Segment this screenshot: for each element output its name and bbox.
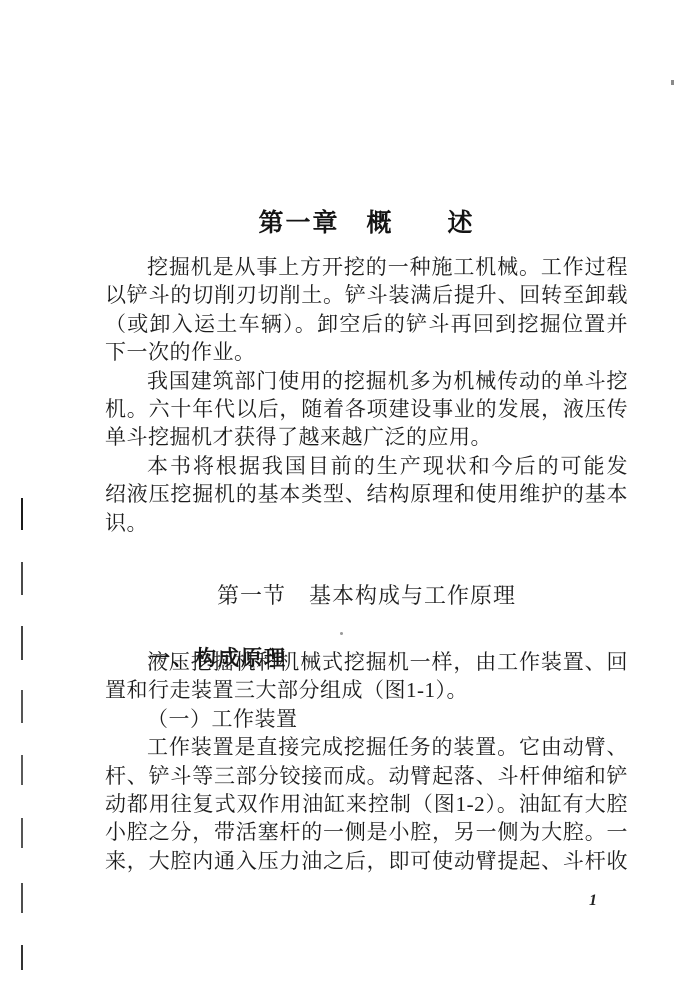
text-line: 小腔之分，带活塞杆的一侧是小腔，另一侧为大腔。一般说: [105, 818, 628, 846]
text-line: 单斗挖掘机才获得了越来越广泛的应用。: [105, 423, 628, 451]
chapter-title: 第一章 概 述: [105, 203, 628, 239]
scanned-book-page: 第一章 概 述 挖掘机是从事上方开挖的一种施工机械。工作过程中， 以铲斗的切削刃…: [0, 0, 700, 991]
text-line: 液压挖掘机和机械式挖掘机一样，由工作装置、回转装: [105, 648, 628, 676]
text-line: 挖掘机是从事上方开挖的一种施工机械。工作过程中，: [105, 253, 628, 281]
margin-mark: [21, 562, 23, 595]
text-line: 动都用往复式双作用油缸来控制（图1-2）。油缸有大腔与: [105, 790, 628, 818]
text-line: 我国建筑部门使用的挖掘机多为机械传动的单斗挖掘: [105, 367, 628, 395]
margin-mark: [21, 818, 23, 848]
margin-mark: [21, 755, 23, 785]
text-line: 置和行走装置三大部分组成（图1-1）。: [105, 676, 628, 704]
text-line: （或卸入运土车辆）。卸空后的铲斗再回到挖掘位置并开始: [105, 310, 628, 338]
margin-mark: [21, 945, 23, 970]
text-line: 以铲斗的切削刃切削土。铲斗装满后提升、回转至卸载地点: [105, 281, 628, 309]
text-line: 工作装置是直接完成挖掘任务的装置。它由动臂、斗: [105, 733, 628, 761]
text-line: 下一次的作业。: [105, 338, 628, 366]
text-line: 识。: [105, 509, 628, 537]
text-line: 来，大腔内通入压力油之后，即可使动臂提起、斗杆收缩、: [105, 847, 628, 875]
page-number: 1: [589, 892, 597, 910]
margin-mark: [21, 883, 23, 913]
text-line: （一）工作装置: [105, 705, 628, 733]
body-text-block-1: 挖掘机是从事上方开挖的一种施工机械。工作过程中， 以铲斗的切削刃切削土。铲斗装满…: [105, 253, 628, 537]
text-line: 杆、铲斗等三部分铰接而成。动臂起落、斗杆伸缩和铲斗转: [105, 762, 628, 790]
body-text-block-2: 液压挖掘机和机械式挖掘机一样，由工作装置、回转装 置和行走装置三大部分组成（图1…: [105, 648, 628, 875]
scan-speck: [340, 632, 343, 635]
margin-mark: [21, 498, 23, 530]
margin-mark: [21, 690, 23, 723]
text-line: 本书将根据我国目前的生产现状和今后的可能发展，介: [105, 452, 628, 480]
margin-mark: [21, 626, 23, 660]
scan-speck: [671, 80, 674, 85]
text-line: 机。六十年代以后，随着各项建设事业的发展，液压传动的: [105, 395, 628, 423]
text-line: 绍液压挖掘机的基本类型、结构原理和使用维护的基本常: [105, 480, 628, 508]
section-title: 第一节 基本构成与工作原理: [105, 579, 628, 610]
